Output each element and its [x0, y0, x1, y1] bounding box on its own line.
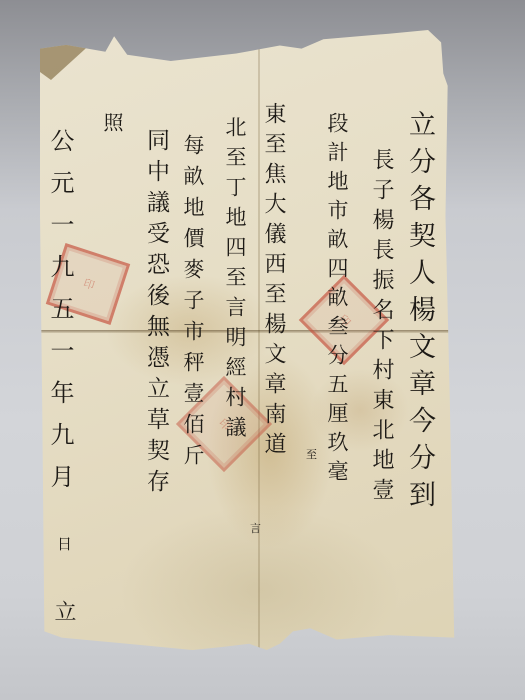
date-column: 公元一九五一年九月 — [48, 128, 72, 506]
text-column-2: 長子楊長振名下村東北地壹 — [370, 148, 392, 508]
date-day: 日 — [56, 536, 71, 559]
torn-corner-stain — [40, 40, 95, 80]
text-column-7: 同中議受恐後無憑立草契存 — [144, 128, 167, 500]
text-column-5: 北至丁地四至言明經村議 — [224, 116, 245, 446]
text-note-5: 言 — [250, 520, 261, 536]
text-column-1: 立分各契人楊文章今分到 — [406, 110, 433, 517]
contract-paper: 印 印 印 立分各契人楊文章今分到 長子楊長振名下村東北地壹 段計地市畝四畝叁分… — [40, 30, 476, 650]
text-column-3: 段計地市畝四畝叁分五厘玖毫 — [326, 112, 347, 489]
text-note-4: 至 — [306, 446, 317, 462]
text-column-6: 每畝地價麥子市秤壹佰斤 — [182, 134, 203, 475]
vertical-fold-line — [258, 30, 260, 650]
text-column-4: 東至焦大儀西至楊文章南道 — [262, 102, 284, 462]
text-column-8: 照 — [102, 112, 122, 140]
date-end-mark: 立 — [52, 600, 74, 630]
